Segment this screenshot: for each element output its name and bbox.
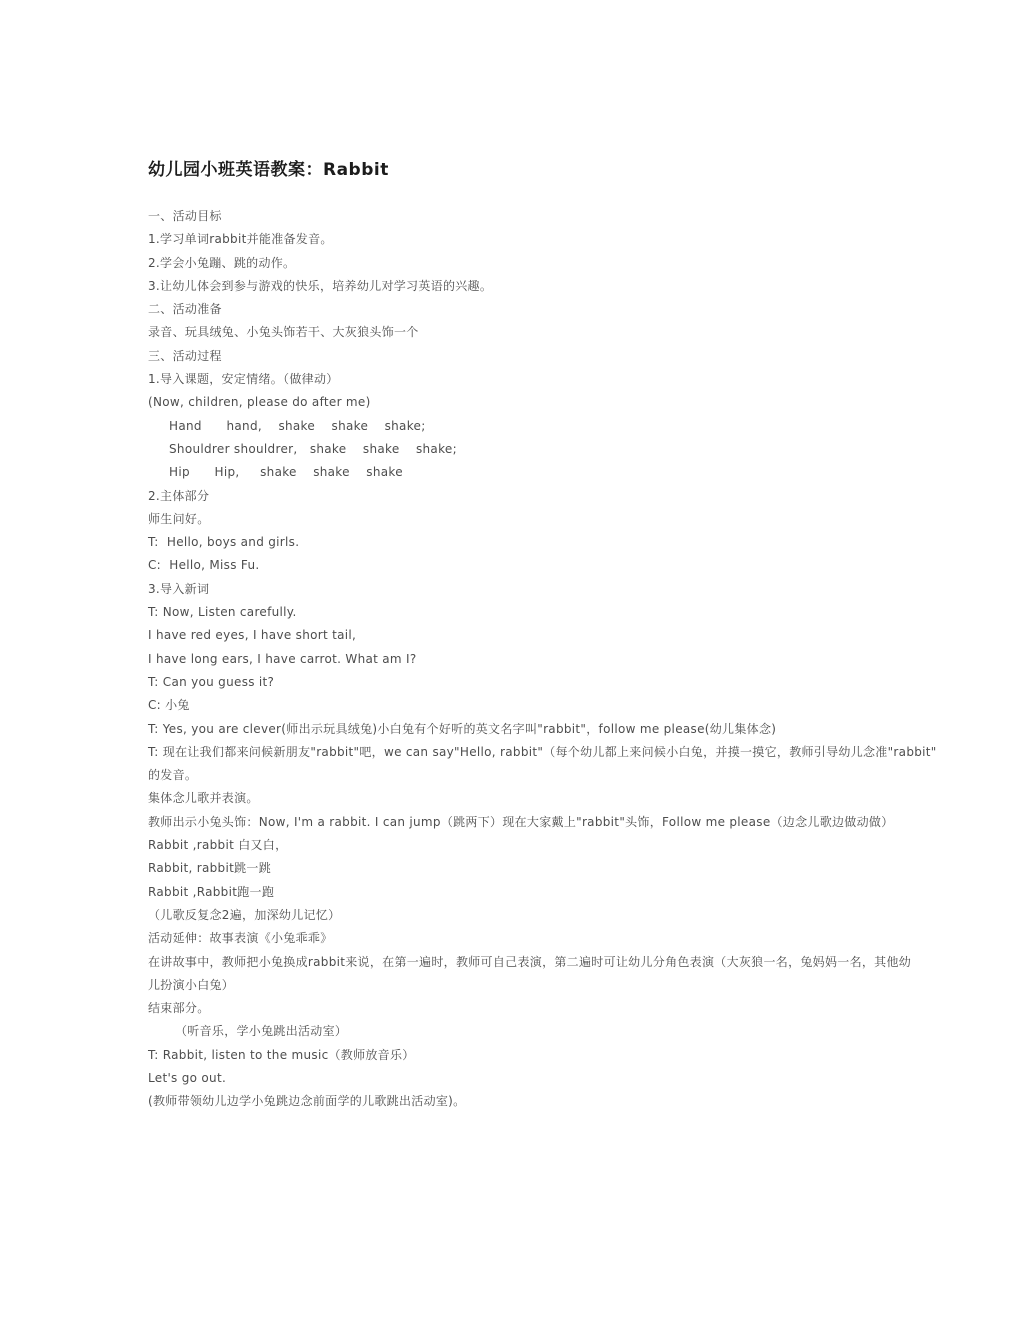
document-line: T: Can you guess it? — [148, 671, 1020, 694]
document-line: T: Hello, boys and girls. — [148, 531, 1020, 554]
page-title: 幼儿园小班英语教案：Rabbit — [148, 161, 1020, 180]
document-line: （听音乐，学小兔跳出活动室） — [148, 1020, 1020, 1043]
document-line: C: Hello, Miss Fu. — [148, 554, 1020, 577]
document-line: C: 小兔 — [148, 694, 1020, 717]
document-line: 1.导入课题，安定情绪。（做律动） — [148, 368, 1020, 391]
document-line: 二、活动准备 — [148, 298, 1020, 321]
document-line: I have red eyes, I have short tail, — [148, 624, 1020, 647]
document-line: T: Rabbit, listen to the music（教师放音乐） — [148, 1044, 1020, 1067]
document-line: T: Yes, you are clever(师出示玩具绒兔)小白兔有个好听的英… — [148, 718, 1020, 741]
document-line: 三、活动过程 — [148, 345, 1020, 368]
document-line: T: Now, Listen carefully. — [148, 601, 1020, 624]
document-line: 一、活动目标 — [148, 205, 1020, 228]
document-line: 2.学会小兔蹦、跳的动作。 — [148, 252, 1020, 275]
document-line: Shouldrer shouldrer, shake shake shake; — [148, 438, 1020, 461]
document-line: 1.学习单词rabbit并能准备发音。 — [148, 228, 1020, 251]
document-line: 录音、玩具绒兔、小兔头饰若干、大灰狼头饰一个 — [148, 321, 1020, 344]
document-line: 教师出示小兔头饰：Now, I'm a rabbit. I can jump（跳… — [148, 811, 1020, 834]
document-line: Let's go out. — [148, 1067, 1020, 1090]
document-line: 集体念儿歌并表演。 — [148, 787, 1020, 810]
document-line: Rabbit, rabbit跳一跳 — [148, 857, 1020, 880]
document-line: 师生问好。 — [148, 508, 1020, 531]
document-page: 幼儿园小班英语教案：Rabbit 一、活动目标1.学习单词rabbit并能准备发… — [0, 0, 1020, 1320]
document-line: 2.主体部分 — [148, 485, 1020, 508]
document-line: (教师带领幼儿边学小兔跳边念前面学的儿歌跳出活动室)。 — [148, 1090, 1020, 1113]
document-line: Rabbit ,rabbit 白又白， — [148, 834, 1020, 857]
document-line: T: 现在让我们都来问候新朋友"rabbit"吧，we can say"Hell… — [148, 741, 1020, 764]
document-line: (Now, children, please do after me) — [148, 391, 1020, 414]
document-line: 在讲故事中，教师把小兔换成rabbit来说，在第一遍时，教师可自己表演，第二遍时… — [148, 951, 1020, 974]
document-line: Hip Hip, shake shake shake — [148, 461, 1020, 484]
document-line: I have long ears, I have carrot. What am… — [148, 648, 1020, 671]
document-line: 活动延伸：故事表演《小兔乖乖》 — [148, 927, 1020, 950]
document-line: Hand hand, shake shake shake; — [148, 415, 1020, 438]
document-body: 一、活动目标1.学习单词rabbit并能准备发音。2.学会小兔蹦、跳的动作。3.… — [148, 205, 1020, 1114]
document-line: 儿扮演小白兔） — [148, 974, 1020, 997]
document-line: 3.让幼儿体会到参与游戏的快乐，培养幼儿对学习英语的兴趣。 — [148, 275, 1020, 298]
document-line: （儿歌反复念2遍，加深幼儿记忆） — [148, 904, 1020, 927]
document-line: 3.导入新词 — [148, 578, 1020, 601]
document-line: 的发音。 — [148, 764, 1020, 787]
document-line: Rabbit ,Rabbit跑一跑 — [148, 881, 1020, 904]
document-line: 结束部分。 — [148, 997, 1020, 1020]
